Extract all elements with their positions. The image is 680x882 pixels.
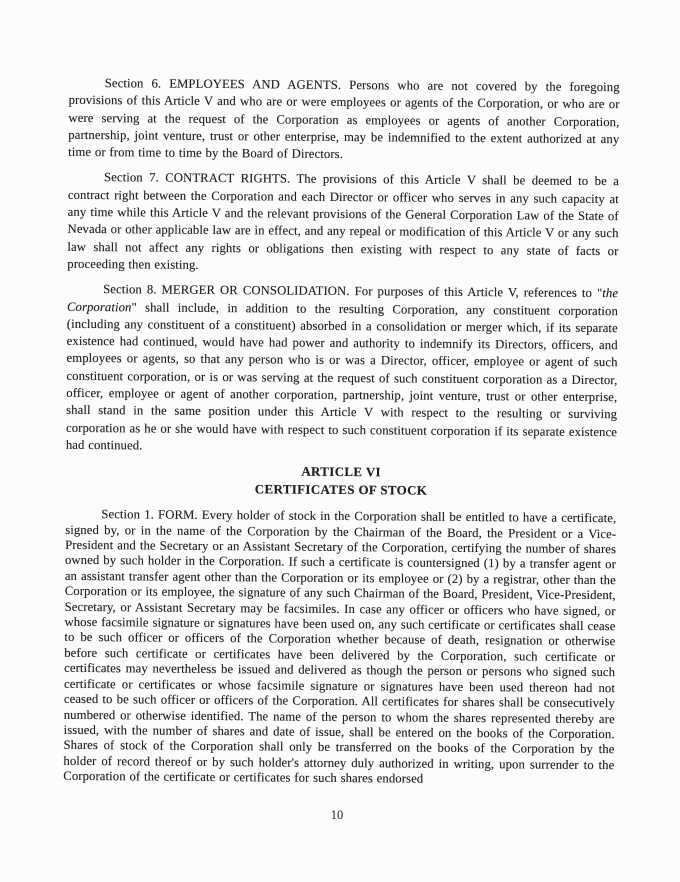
- section-8-paragraph: Section 8. MERGER OR CONSOLIDATION. For …: [66, 281, 618, 458]
- text-run: Section 7. CONTRACT RIGHTS. The provisio…: [67, 171, 619, 272]
- page-number: 10: [0, 808, 674, 823]
- text-run: Section 8. MERGER OR CONSOLIDATION. For …: [103, 282, 602, 300]
- article-vi-heading: ARTICLE VICERTIFICATES OF STOCK: [65, 462, 616, 501]
- text-run: Section 1. FORM. Every holder of stock i…: [63, 507, 616, 785]
- document-page: Section 6. EMPLOYEES AND AGENTS. Persons…: [0, 0, 680, 882]
- section-7-paragraph: Section 7. CONTRACT RIGHTS. The provisio…: [67, 169, 619, 277]
- section-1-paragraph: Section 1. FORM. Every holder of stock i…: [63, 507, 616, 789]
- text-run: Section 6. EMPLOYEES AND AGENTS. Persons…: [68, 76, 620, 161]
- page-content: Section 6. EMPLOYEES AND AGENTS. Persons…: [63, 75, 620, 789]
- article-vi-heading-line-2: CERTIFICATES OF STOCK: [65, 480, 616, 502]
- section-6-paragraph: Section 6. EMPLOYEES AND AGENTS. Persons…: [68, 75, 620, 166]
- text-run: " shall include, in addition to the resu…: [66, 300, 618, 452]
